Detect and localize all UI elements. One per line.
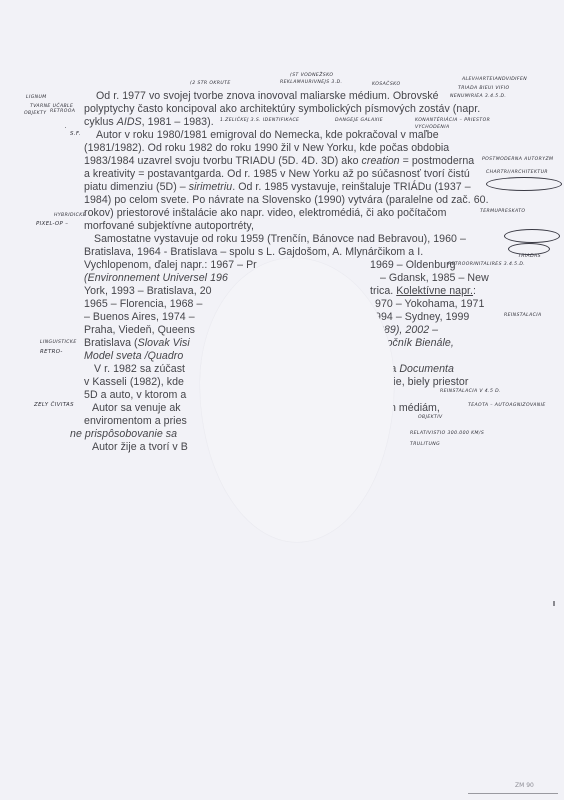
text-line: trica. Kolektívne napr.: [370, 285, 476, 298]
text-line: Bratislava (Slovak Visi [84, 337, 190, 350]
handwritten-oval [508, 243, 550, 255]
text-line: rokov) priestorové inštalácie ako napr. … [84, 207, 446, 220]
handwritten-note: REINSTALACIA [504, 313, 542, 318]
handwritten-note: RETROORINITALIRES 3.4.5.D. [448, 262, 525, 267]
handwritten-note: KONANTÉRIÁCIA – PRIESTOR [415, 118, 490, 123]
text-line: Bratislava, 1964 - Bratislava – spolu s … [84, 246, 423, 259]
text-line: – Buenos Aires, 1974 – [84, 311, 195, 324]
text-line: York, 1993 – Bratislava, 20 [84, 285, 212, 298]
handwritten-note: OBJEKTIV [418, 415, 443, 420]
handwritten-note: CHARTRI/ARCHITEKTUR [486, 170, 548, 175]
text-line: 1965 – Florencia, 1968 – [84, 298, 202, 311]
handwritten-note: DANGEJE GALAXIE [335, 118, 383, 123]
handwritten-note: OBJEKTY [24, 111, 46, 116]
text-fragment: AIDS [117, 116, 142, 128]
text-line: 994 – Sydney, 1999 [375, 311, 469, 324]
handwritten-note: (ST VODNEŽSKO [290, 73, 333, 78]
handwritten-oval [504, 229, 560, 243]
text-fragment: cyklus [84, 116, 117, 128]
handwritten-note: TERMUPRESKATO [480, 209, 525, 214]
handwritten-note: TRULITUNG [410, 442, 440, 447]
text-line: Model sveta /Quadro [84, 350, 183, 363]
text-line: 989), 2002 – [378, 324, 438, 337]
handwritten-note: (2 STR OKRUTE [190, 81, 231, 86]
text-line: Autor žije a tvorí v B [92, 441, 188, 454]
handwritten-note: NENUMIRIEA 3.4.5.D. [450, 94, 506, 99]
white-patch-overlay [200, 258, 394, 542]
text-line: Autor sa venuje ak [92, 402, 181, 415]
handwritten-note: KOSAČSKO [372, 82, 400, 87]
handwritten-note: ALEVHARTEIANDVIDIFEN [462, 77, 527, 82]
handwritten-note: RELATIVISTIO 300.000 KM/S [410, 431, 484, 436]
text-fragment: trica. [370, 285, 396, 297]
text-fragment: Documenta [399, 363, 454, 375]
handwritten-note: RETROOA [50, 109, 75, 114]
text-line: 970 – Yokohama, 1971 [375, 298, 484, 311]
handwritten-oval [486, 177, 562, 191]
text-fragment: piatu dimenziu (5D) – [84, 181, 189, 193]
handwritten-note: ZELY ČIVITAS [34, 402, 74, 408]
text-line: piatu dimenziu (5D) – sirimetriu. Od r. … [84, 181, 471, 194]
scan-speck [553, 601, 555, 606]
text-line: polyptychy často koncipoval ako architek… [84, 103, 480, 116]
handwritten-note: REKLAMAURIVNEJS 3.D. [280, 80, 342, 85]
text-line: Praha, Viedeň, Queens [84, 324, 195, 337]
text-line: 1984) po celom svete. Po návrate na Slov… [84, 194, 489, 207]
text-line: (Environnement Universel 196 [84, 272, 228, 285]
text-fragment: . Od r. 1985 vystavuje, reinštaluje TRIÁ… [232, 181, 470, 193]
text-line: 5D a auto, v ktorom a [84, 389, 186, 402]
text-fragment: = postmoderna [400, 155, 475, 167]
text-fragment: : [473, 285, 476, 297]
text-fragment: Slovak Visi [138, 337, 190, 349]
handwritten-note: RETRO- [40, 349, 63, 355]
text-line: V r. 1982 sa zúčast [94, 363, 185, 376]
handwritten-note: HYBRIDICKE [54, 213, 86, 218]
text-fragment: creation [362, 155, 400, 167]
handwritten-note: POSTMODERNA AUTORYZM [482, 157, 553, 162]
text-line: – Gdansk, 1985 – New [380, 272, 489, 285]
text-line: a kreativity = postavantgarda. Od r. 198… [84, 168, 470, 181]
handwritten-note: LINGUISTICKE [40, 340, 77, 345]
footer-rule [468, 793, 558, 794]
text-fragment: , 1981 – 1983). [142, 116, 214, 128]
text-line: enviromentom a pries [84, 415, 187, 428]
handwritten-note: S.F. [70, 131, 81, 137]
handwritten-note: 1.ZELIČKEJ 3.S. IDENTIFIKACE [220, 118, 299, 123]
text-line: morfované subjektívne autoportréty, [84, 220, 254, 233]
text-line: cie, biely priestor [388, 376, 468, 389]
text-fragment: sirimetriu [189, 181, 232, 193]
scan-speck [65, 127, 66, 128]
text-line: Od r. 1977 vo svojej tvorbe znova inovov… [96, 90, 439, 103]
catalog-mark: ZM 90 [515, 782, 534, 789]
text-line: Vychlopenom, ďalej napr.: 1967 – Pr [84, 259, 257, 272]
text-line: Autor v roku 1980/1981 emigroval do Neme… [96, 129, 439, 142]
text-line: cyklus AIDS, 1981 – 1983). [84, 116, 214, 129]
text-line: (1981/1982). Od roku 1982 do roku 1990 ž… [84, 142, 449, 155]
handwritten-note: TRIADA BIEUI VIFIO [458, 86, 510, 91]
handwritten-note: TEAOTA – AUTOAGNIZOVANIE [468, 403, 546, 408]
scanned-document-page: Od r. 1977 vo svojej tvorbe znova inovov… [0, 0, 564, 800]
text-fragment: Bratislava ( [84, 337, 138, 349]
text-line: ročník Bienále, [383, 337, 454, 350]
text-line: ne prispôsobovanie sa [70, 428, 177, 441]
text-line: n médiám, [390, 402, 440, 415]
handwritten-note: LIGNUM [26, 95, 47, 100]
text-line: Samostatne vystavuje od roku 1959 (Trenč… [94, 233, 466, 246]
text-fragment: 1983/1984 uzavrel svoju tvorbu TRIADU (5… [84, 155, 362, 167]
handwritten-note: PIXEL-OP – [36, 221, 68, 227]
handwritten-note: REINSTALACIA V 4.5 D. [440, 389, 501, 394]
text-line: ia Documenta [388, 363, 454, 376]
text-line: v Kasseli (1982), kde [84, 376, 184, 389]
text-line: 1983/1984 uzavrel svoju tvorbu TRIADU (5… [84, 155, 474, 168]
handwritten-note: VYCHODENIA [415, 125, 450, 130]
text-line: 1969 – Oldenburg [370, 259, 456, 272]
text-fragment: Kolektívne napr. [396, 285, 473, 297]
